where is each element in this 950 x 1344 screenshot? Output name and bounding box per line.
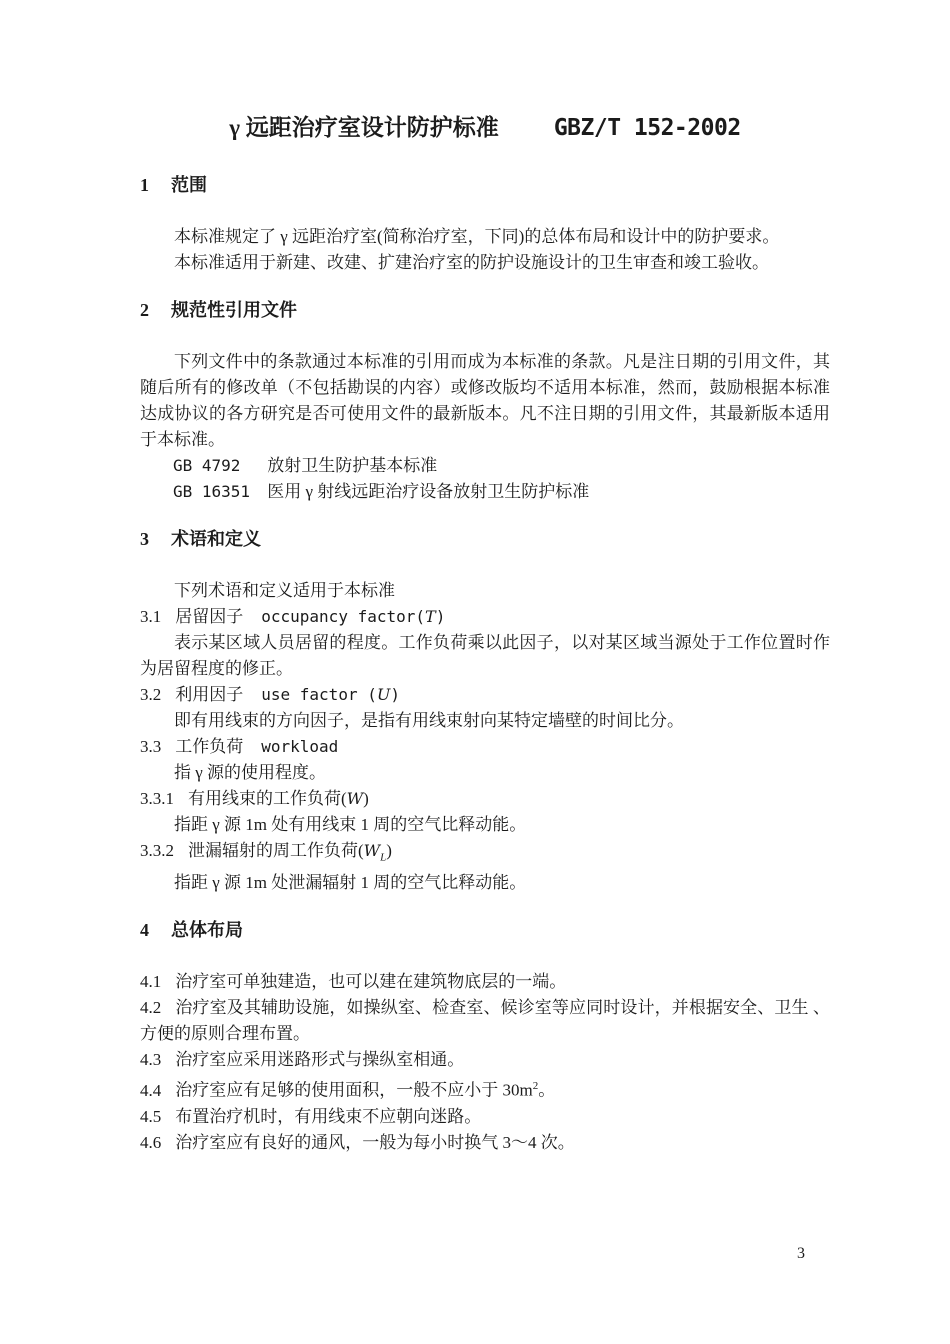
term-description-3-3: 指 γ 源的使用程度。	[140, 760, 830, 786]
term-heading-3-1: 3.1居留因子occupancy factor(T)	[140, 604, 830, 630]
term-number: 3.3.2	[140, 841, 174, 860]
term-description-3-3-2: 指距 γ 源 1m 处泄漏辐射 1 周的空气比释动能。	[140, 870, 830, 896]
term-name-cn: 居留因子	[175, 607, 243, 626]
term-symbol: U	[377, 685, 390, 704]
clause-text-end: 。	[538, 1081, 555, 1100]
term-symbol: W	[364, 841, 380, 860]
clause-text: 治疗室可单独建造，也可以建在建筑物底层的一端。	[175, 972, 566, 991]
section-3-intro: 下列术语和定义适用于本标准	[140, 578, 830, 604]
document-title-row: γ 远距治疗室设计防护标准 GBZ/T 152-2002	[140, 112, 830, 144]
reference-row: GB 16351 医用 γ 射线远距治疗设备放射卫生防护标准	[140, 479, 830, 505]
clause-4-6: 4.6治疗室应有良好的通风，一般为每小时换气 3～4 次。	[140, 1130, 830, 1156]
clause-4-5: 4.5布置治疗机时，有用线束不应朝向迷路。	[140, 1104, 830, 1130]
term-number: 3.3.1	[140, 789, 174, 808]
section-2-paragraph: 下列文件中的条款通过本标准的引用而成为本标准的条款。凡是注日期的引用文件，其随后…	[140, 349, 830, 453]
term-description-3-3-1: 指距 γ 源 1m 处有用线束 1 周的空气比释动能。	[140, 812, 830, 838]
section-1-paragraph-1: 本标准规定了 γ 远距治疗室(简称治疗室，下同)的总体布局和设计中的防护要求。	[140, 224, 830, 250]
section-terms-definitions: 3术语和定义 下列术语和定义适用于本标准 3.1居留因子occupancy fa…	[140, 526, 830, 896]
section-2-number: 2	[140, 300, 149, 320]
term-name-cn: 泄漏辐射的周工作负荷(	[188, 841, 364, 860]
section-1-title: 范围	[171, 175, 207, 195]
reference-title: 放射卫生防护基本标准	[267, 456, 437, 475]
section-overall-layout: 4总体布局 4.1治疗室可单独建造，也可以建在建筑物底层的一端。 4.2治疗室及…	[140, 917, 830, 1156]
term-symbol-close: )	[363, 789, 369, 808]
term-symbol-close: )	[436, 607, 446, 626]
section-4-heading: 4总体布局	[140, 917, 830, 943]
page-content: γ 远距治疗室设计防护标准 GBZ/T 152-2002 1范围 本标准规定了 …	[140, 0, 830, 1156]
section-normative-references: 2规范性引用文件 下列文件中的条款通过本标准的引用而成为本标准的条款。凡是注日期…	[140, 297, 830, 505]
clause-text: 治疗室应采用迷路形式与操纵室相通。	[175, 1050, 464, 1069]
clause-4-2: 4.2治疗室及其辅助设施，如操纵室、检查室、候诊室等应同时设计，并根据安全、卫生…	[140, 995, 830, 1047]
term-heading-3-2: 3.2利用因子use factor (U)	[140, 682, 830, 708]
document-title: γ 远距治疗室设计防护标准	[229, 112, 499, 144]
section-3-number: 3	[140, 529, 149, 549]
clause-number: 4.5	[140, 1107, 161, 1126]
section-2-heading: 2规范性引用文件	[140, 297, 830, 323]
clause-text: 布置治疗机时，有用线束不应朝向迷路。	[175, 1107, 481, 1126]
term-name-en: occupancy factor(	[261, 607, 425, 626]
term-name-cn: 有用线束的工作负荷(	[188, 789, 347, 808]
term-name-en: workload	[261, 737, 338, 756]
clause-number: 4.3	[140, 1050, 161, 1069]
reference-code: GB 4792	[173, 453, 263, 479]
section-3-heading: 3术语和定义	[140, 526, 830, 552]
clause-4-3: 4.3治疗室应采用迷路形式与操纵室相通。	[140, 1047, 830, 1073]
term-heading-3-3-2: 3.3.2泄漏辐射的周工作负荷(WL)	[140, 838, 830, 870]
section-1-heading: 1范围	[140, 172, 830, 198]
clause-number: 4.2	[140, 998, 161, 1017]
term-description-3-1: 表示某区域人员居留的程度。工作负荷乘以此因子，以对某区域当源处于工作位置时作为居…	[140, 630, 830, 682]
section-4-number: 4	[140, 920, 149, 940]
reference-code: GB 16351	[173, 479, 263, 505]
term-heading-3-3: 3.3工作负荷workload	[140, 734, 830, 760]
clause-number: 4.1	[140, 972, 161, 991]
clause-4-4: 4.4治疗室应有足够的使用面积，一般不应小于 30m2。	[140, 1073, 830, 1104]
term-symbol: T	[425, 607, 436, 626]
section-1-paragraph-2: 本标准适用于新建、改建、扩建治疗室的防护设施设计的卫生审查和竣工验收。	[140, 250, 830, 276]
document-page: γ 远距治疗室设计防护标准 GBZ/T 152-2002 1范围 本标准规定了 …	[0, 0, 950, 1344]
clause-number: 4.6	[140, 1133, 161, 1152]
clause-text: 治疗室及其辅助设施，如操纵室、检查室、候诊室等应同时设计，并根据安全、卫生 、方…	[140, 998, 830, 1043]
term-name-cn: 工作负荷	[175, 737, 243, 756]
term-number: 3.3	[140, 737, 161, 756]
reference-row: GB 4792 放射卫生防护基本标准	[140, 453, 830, 479]
reference-title: 医用 γ 射线远距治疗设备放射卫生防护标准	[267, 482, 589, 501]
term-number: 3.2	[140, 685, 161, 704]
term-number: 3.1	[140, 607, 161, 626]
clause-number: 4.4	[140, 1081, 161, 1100]
clause-text: 治疗室应有良好的通风，一般为每小时换气 3～4 次。	[175, 1133, 575, 1152]
term-description-3-2: 即有用线束的方向因子，是指有用线束射向某特定墙壁的时间比分。	[140, 708, 830, 734]
clause-text: 治疗室应有足够的使用面积，一般不应小于 30m	[175, 1081, 532, 1100]
term-symbol-close: )	[386, 841, 392, 860]
term-symbol: W	[347, 789, 363, 808]
standard-code: GBZ/T 152-2002	[554, 112, 741, 144]
page-number: 3	[797, 1245, 805, 1263]
term-heading-3-3-1: 3.3.1有用线束的工作负荷(W)	[140, 786, 830, 812]
clause-4-1: 4.1治疗室可单独建造，也可以建在建筑物底层的一端。	[140, 969, 830, 995]
section-scope: 1范围 本标准规定了 γ 远距治疗室(简称治疗室，下同)的总体布局和设计中的防护…	[140, 172, 830, 276]
section-4-title: 总体布局	[171, 920, 243, 940]
section-1-number: 1	[140, 175, 149, 195]
term-name-en: use factor (	[261, 685, 377, 704]
section-2-title: 规范性引用文件	[171, 300, 297, 320]
section-3-title: 术语和定义	[171, 529, 261, 549]
term-symbol-close: )	[390, 685, 400, 704]
term-name-cn: 利用因子	[175, 685, 243, 704]
